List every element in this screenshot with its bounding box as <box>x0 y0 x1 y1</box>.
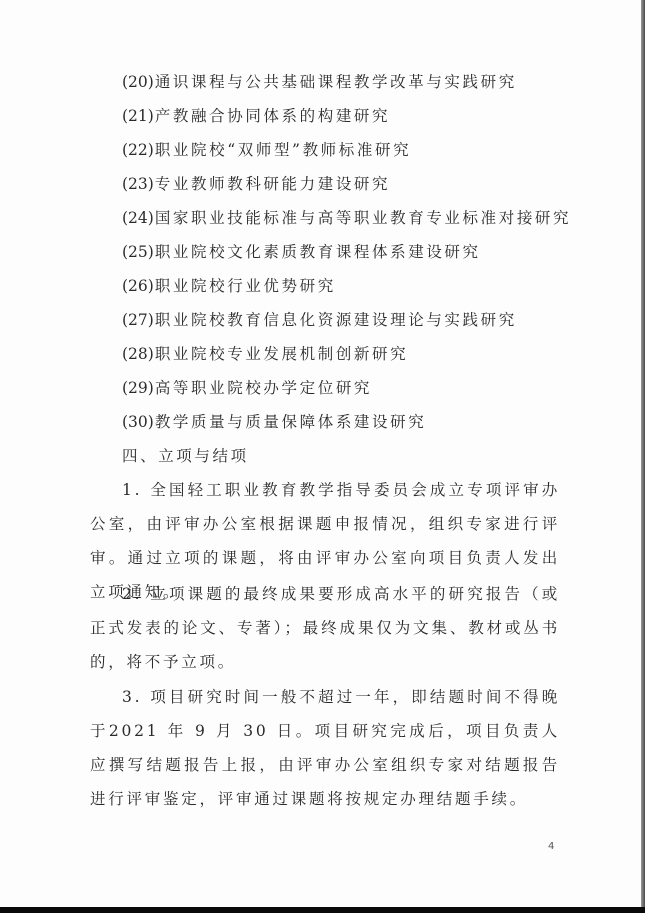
list-item: (22)职业院校“双师型”教师标准研究 <box>122 140 411 160</box>
list-item: (28)职业院校专业发展机制创新研究 <box>122 344 408 364</box>
document-page: (20)通识课程与公共基础课程教学改革与实践研究 (21)产教融合协同体系的构建… <box>0 0 641 907</box>
paragraph-3: 3. 项目研究时间一般不超过一年，即结题时间不得晚于2021 年 9 月 30 … <box>90 680 560 816</box>
list-item: (25)职业院校文化素质教育课程体系建设研究 <box>122 242 481 262</box>
page-number: 4 <box>548 841 554 852</box>
list-item: (30)教学质量与质量保障体系建设研究 <box>122 412 426 432</box>
list-item: (20)通识课程与公共基础课程教学改革与实践研究 <box>122 72 517 92</box>
list-item: (23)专业教师教科研能力建设研究 <box>122 174 390 194</box>
scan-edge-bottom <box>0 907 645 913</box>
list-item: (24)国家职业技能标准与高等职业教育专业标准对接研究 <box>122 208 571 228</box>
scan-edge-right <box>641 0 645 907</box>
paragraph-2: 2. 立项课题的最终成果要形成高水平的研究报告（或正式发表的论文、专著）；最终成… <box>90 577 560 679</box>
list-item: (29)高等职业院校办学定位研究 <box>122 378 372 398</box>
list-item: (21)产教融合协同体系的构建研究 <box>122 106 390 126</box>
list-item: (26)职业院校行业优势研究 <box>122 276 336 296</box>
section-heading: 四、立项与结项 <box>122 446 249 466</box>
list-item: (27)职业院校教育信息化资源建设理论与实践研究 <box>122 310 517 330</box>
